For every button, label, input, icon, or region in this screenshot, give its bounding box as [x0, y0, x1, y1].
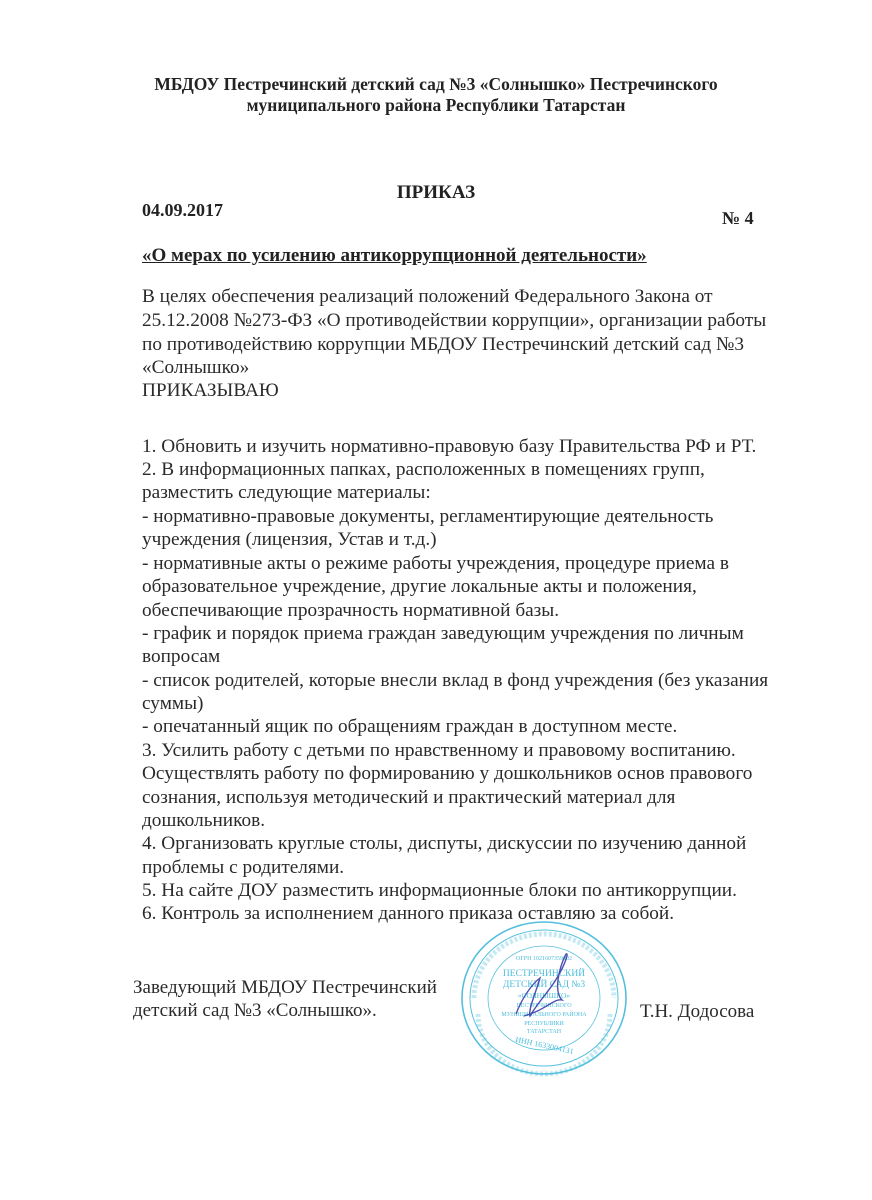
preamble-line: по противодействию коррупции МБДОУ Пестр… [142, 334, 744, 356]
order-date: 04.09.2017 [142, 200, 223, 221]
svg-text:ПЕСТРЕЧИНСКИЙ: ПЕСТРЕЧИНСКИЙ [503, 967, 585, 979]
order-item-line: обеспечивающие прозрачность нормативной … [142, 600, 559, 622]
order-item-line: сознания, используя методический и практ… [142, 787, 675, 809]
official-stamp-icon: ОГРН 1021607359002 ПЕСТРЕЧИНСКИЙ ДЕТСКИЙ… [458, 918, 630, 1078]
order-directive: ПРИКАЗЫВАЮ [142, 380, 279, 402]
order-item-line: 3. Усилить работу с детьми по нравственн… [142, 740, 736, 762]
order-item-line: вопросам [142, 646, 220, 668]
order-item-line: 5. На сайте ДОУ разместить информационны… [142, 880, 737, 902]
order-item-line: 1. Обновить и изучить нормативно-правову… [142, 436, 756, 458]
svg-text:ДЕТСКИЙ САД №3: ДЕТСКИЙ САД №3 [503, 978, 585, 990]
order-item-line: суммы) [142, 693, 203, 715]
org-name-line2: муниципального района Республики Татарст… [0, 95, 872, 116]
svg-text:МУНИЦИПАЛЬНОГО РАЙОНА: МУНИЦИПАЛЬНОГО РАЙОНА [501, 1010, 587, 1018]
svg-text:РЕСПУБЛИКИ: РЕСПУБЛИКИ [524, 1021, 564, 1027]
preamble-line: 25.12.2008 №273-ФЗ «О противодействии ко… [142, 310, 766, 332]
order-item-line: Осуществлять работу по формированию у до… [142, 763, 752, 785]
order-number: № 4 [722, 208, 754, 229]
preamble-line: В целях обеспечения реализаций положений… [142, 286, 713, 308]
signatory-name: Т.Н. Додосова [640, 1001, 754, 1023]
order-item-line: учреждения (лицензия, Устав и т.д.) [142, 529, 437, 551]
order-item-line: образовательное учреждение, другие локал… [142, 576, 697, 598]
order-item-line: 2. В информационных папках, расположенны… [142, 459, 705, 481]
order-item-line: проблемы с родителями. [142, 857, 344, 879]
order-item-line: 4. Организовать круглые столы, диспуты, … [142, 833, 746, 855]
document-title: ПРИКАЗ [0, 182, 872, 204]
signatory-position-line2: детский сад №3 «Солнышко». [133, 1000, 377, 1022]
svg-text:ПЕСТРЕЧИНСКОГО: ПЕСТРЕЧИНСКОГО [516, 1003, 572, 1009]
order-item-line: - список родителей, которые внесли вклад… [142, 670, 768, 692]
order-item-line: - график и порядок приема граждан заведу… [142, 623, 744, 645]
order-subject: «О мерах по усилению антикоррупционной д… [142, 245, 647, 267]
signatory-position-line1: Заведующий МБДОУ Пестречинский [133, 977, 437, 999]
order-item-line: - нормативные акты о режиме работы учреж… [142, 553, 729, 575]
svg-text:ТАТАРСТАН: ТАТАРСТАН [527, 1029, 562, 1035]
order-item-line: дошкольников. [142, 810, 265, 832]
order-item-line: разместить следующие материалы: [142, 482, 431, 504]
preamble-line: «Солнышко» [142, 357, 249, 379]
order-item-line: - опечатанный ящик по обращениям граждан… [142, 716, 677, 738]
svg-text:ИНН 1633004131: ИНН 1633004131 [515, 1035, 575, 1056]
org-name-line1: МБДОУ Пестречинский детский сад №3 «Солн… [0, 74, 872, 95]
order-item-line: - нормативно-правовые документы, регламе… [142, 506, 713, 528]
